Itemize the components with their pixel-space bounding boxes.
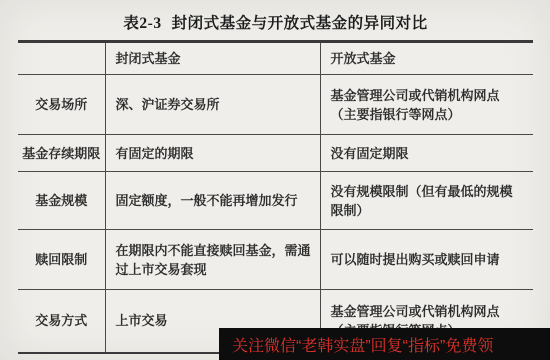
header-cell-empty (18, 42, 105, 75)
table-title: 表2-3封闭式基金与开放式基金的异同对比 (18, 11, 533, 33)
table-row: 基金规模 固定额度，一般不能再增加发行 没有规模限制（但有最低的规模限制） (18, 172, 533, 230)
open-fund-trading-venue: 基金管理公司或代销机构网点（主要指银行等网点） (320, 75, 533, 135)
row-label-duration: 基金存续期限 (18, 135, 105, 172)
table-row: 赎回限制 在期限内不能直接赎回基金，需通过上市交易套现 可以随时提出购买或赎回申… (18, 230, 533, 290)
table-row: 交易场所 深、沪证券交易所 基金管理公司或代销机构网点（主要指银行等网点） (18, 75, 533, 135)
fund-comparison-table: 封闭式基金 开放式基金 交易场所 深、沪证券交易所 基金管理公司或代销机构网点（… (18, 40, 533, 354)
row-label-trading-venue: 交易场所 (18, 75, 105, 135)
header-cell-open-fund: 开放式基金 (320, 42, 533, 75)
closed-fund-trading-venue: 深、沪证券交易所 (105, 75, 320, 135)
row-label-trading-method: 交易方式 (18, 290, 105, 353)
watermark-bar: 关注微信“老韩实盘”回复“指标”免费领 (219, 328, 550, 360)
row-label-fund-size: 基金规模 (18, 172, 105, 230)
watermark-text: 关注微信“老韩实盘”回复“指标”免费领 (232, 333, 493, 356)
header-cell-closed-fund: 封闭式基金 (105, 42, 320, 75)
scanned-book-page: 表2-3封闭式基金与开放式基金的异同对比 封闭式基金 开放式基金 交易场所 深、… (0, 0, 550, 360)
closed-fund-redemption: 在期限内不能直接赎回基金，需通过上市交易套现 (105, 230, 320, 290)
table-header-row: 封闭式基金 开放式基金 (18, 42, 533, 75)
closed-fund-size: 固定额度，一般不能再增加发行 (105, 172, 320, 230)
table-number: 表2-3 (123, 15, 161, 32)
row-label-redemption-limit: 赎回限制 (18, 230, 105, 290)
open-fund-redemption: 可以随时提出购买或赎回申请 (320, 230, 533, 290)
table-title-text: 封闭式基金与开放式基金的异同对比 (172, 15, 428, 32)
open-fund-duration: 没有固定期限 (320, 135, 533, 172)
closed-fund-duration: 有固定的期限 (105, 135, 320, 172)
table-row: 基金存续期限 有固定的期限 没有固定期限 (18, 135, 533, 172)
open-fund-size: 没有规模限制（但有最低的规模限制） (320, 172, 533, 230)
